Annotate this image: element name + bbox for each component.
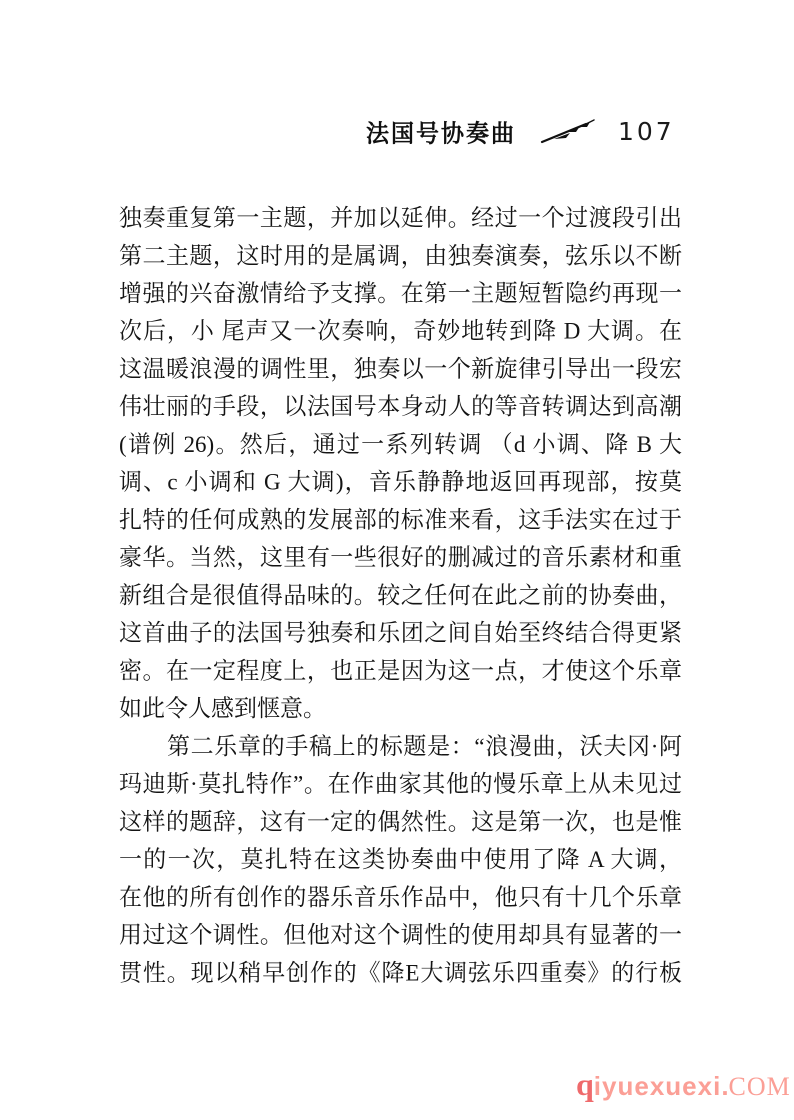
running-title: 法国号协奏曲 — [366, 114, 516, 148]
text-line: 一的一次，莫扎特在这类协奏曲中使用了降 A 大调， — [119, 841, 682, 879]
text-line: 这温暖浪漫的调性里，独奏以一个新旋律引导出一段宏 — [119, 350, 682, 388]
quill-stroke-icon — [540, 118, 596, 144]
watermark-name: iyuexuexi — [594, 1071, 722, 1102]
text-line: 第二主题，这时用的是属调，由独奏演奏，弦乐以不断 — [119, 237, 682, 275]
page-header: 法国号协奏曲 107 — [366, 114, 666, 148]
text-line: 玛迪斯·莫扎特作”。在作曲家其他的慢乐章上从未见过 — [119, 765, 682, 803]
page-number: 107 — [618, 117, 675, 146]
watermark-initial: q — [576, 1066, 594, 1103]
text-line: 密。在一定程度上，也正是因为这一点，才使这个乐章 — [119, 652, 682, 690]
text-line: (谱例 26)。然后，通过一系列转调 （d 小调、降 B 大 — [119, 425, 682, 463]
text-line: 新组合是很值得品味的。较之任何在此之前的协奏曲， — [119, 576, 682, 614]
watermark-tld: COM — [729, 1072, 791, 1102]
text-line: 伟壮丽的手段，以法国号本身动人的等音转调达到高潮 — [119, 388, 682, 426]
text-line paragraph-start: 第二乐章的手稿上的标题是：“浪漫曲，沃夫冈·阿 — [119, 727, 682, 765]
text-line: 如此令人感到惬意。 — [119, 690, 682, 728]
text-line: 增强的兴奋激情给予支撑。在第一主题短暂隐约再现一 — [119, 274, 682, 312]
text-line: 次后，小 尾声又一次奏响，奇妙地转到降 D 大调。在 — [119, 312, 682, 350]
text-line: 贯性。现以稍早创作的《降E大调弦乐四重奏》的行板 — [119, 954, 682, 992]
text-line: 在他的所有创作的器乐音乐作品中，他只有十几个乐章 — [119, 878, 682, 916]
text-line: 独奏重复第一主题，并加以延伸。经过一个过渡段引出 — [119, 199, 682, 237]
text-line: 调、c 小调和 G 大调)，音乐静静地返回再现部，按莫 — [119, 463, 682, 501]
text-line: 豪华。当然，这里有一些很好的删减过的音乐素材和重 — [119, 539, 682, 577]
watermark-dot: . — [721, 1071, 728, 1102]
text-line: 扎特的任何成熟的发展部的标准来看，这手法实在过于 — [119, 501, 682, 539]
site-watermark: q iyuexuexi . COM — [576, 1066, 791, 1100]
body-text: 独奏重复第一主题，并加以延伸。经过一个过渡段引出 第二主题，这时用的是属调，由独… — [119, 199, 682, 992]
text-line: 这样的题辞，这有一定的偶然性。这是第一次，也是惟 — [119, 803, 682, 841]
scanned-book-page: 法国号协奏曲 107 独奏重复第一主题，并加以延伸。经过一个过渡段引出 第二主题… — [0, 0, 794, 1120]
text-line: 用过这个调性。但他对这个调性的使用却具有显著的一 — [119, 916, 682, 954]
text-line: 这首曲子的法国号独奏和乐团之间自始至终结合得更紧 — [119, 614, 682, 652]
